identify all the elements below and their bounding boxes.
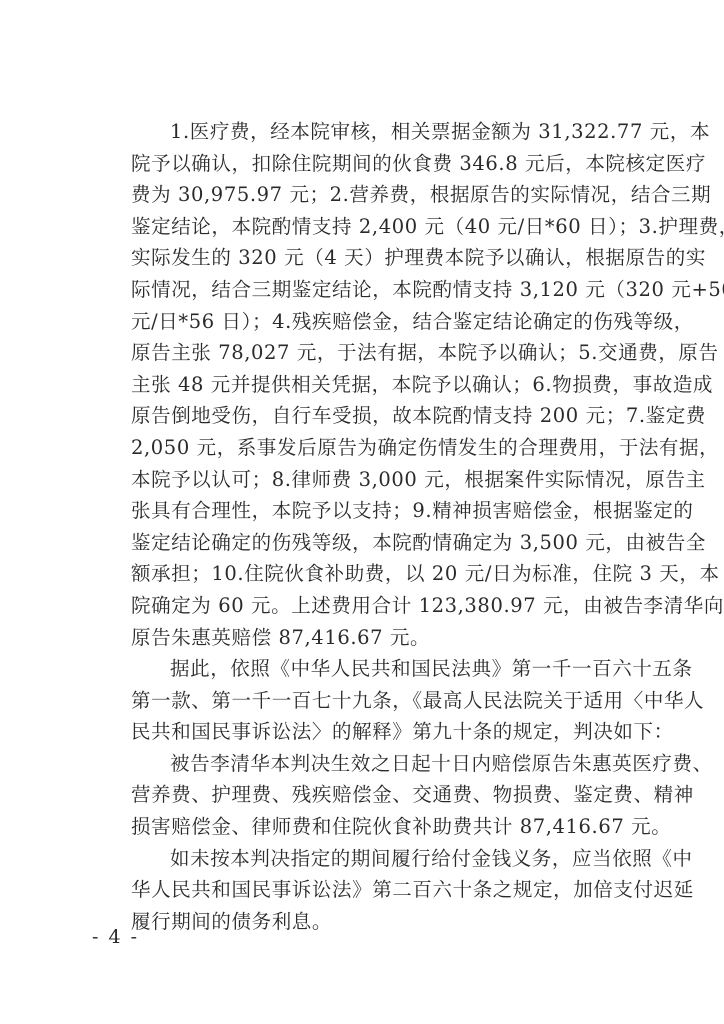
text-line: 如未按本判决指定的期间履行给付金钱义务，应当依照《中 [92, 843, 664, 875]
text-line: 营养费、护理费、残疾赔偿金、交通费、物损费、鉴定费、精神 [92, 779, 664, 811]
text-line: 鉴定结论，本院酌情支持 2,400 元（40 元/日*60 日）；3.护理费， [92, 211, 664, 243]
text-line: 民共和国民事诉讼法〉的解释》第九十条的规定，判决如下： [92, 716, 664, 748]
text-line: 元/日*56 日）；4.残疾赔偿金，结合鉴定结论确定的伤残等级， [92, 306, 664, 338]
text-line: 据此，依照《中华人民共和国民法典》第一千一百六十五条 [92, 653, 664, 685]
page-number: - 4 - [92, 926, 139, 948]
document-page: 1.医疗费，经本院审核，相关票据金额为 31,322.77 元，本 院予以确认，… [92, 116, 664, 937]
paragraph-judgment: 被告李清华本判决生效之日起十日内赔偿原告朱惠英医疗费、 营养费、护理费、残疾赔偿… [92, 748, 664, 843]
text-line: 原告倒地受伤，自行车受损，故本院酌情支持 200 元；7.鉴定费 [92, 400, 664, 432]
text-line: 际情况，结合三期鉴定结论，本院酌情支持 3,120 元（320 元+50 [92, 274, 664, 306]
text-line: 2,050 元，系事发后原告为确定伤情发生的合理费用，于法有据， [92, 432, 664, 464]
paragraph-compensation-items: 1.医疗费，经本院审核，相关票据金额为 31,322.77 元，本 院予以确认，… [92, 116, 664, 653]
text-line: 本院予以认可；8.律师费 3,000 元，根据案件实际情况，原告主 [92, 464, 664, 496]
text-line: 第一款、第一千一百七十九条，《最高人民法院关于适用〈中华人 [92, 685, 664, 717]
text-line: 实际发生的 320 元（4 天）护理费本院予以确认，根据原告的实 [92, 242, 664, 274]
text-line: 院确定为 60 元。上述费用合计 123,380.97 元，由被告李清华向 [92, 590, 664, 622]
text-line: 张具有合理性，本院予以支持；9.精神损害赔偿金，根据鉴定的 [92, 495, 664, 527]
paragraph-late-payment: 如未按本判决指定的期间履行给付金钱义务，应当依照《中 华人民共和国民事诉讼法》第… [92, 843, 664, 938]
text-line: 主张 48 元并提供相关凭据，本院予以确认；6.物损费，事故造成 [92, 369, 664, 401]
paragraph-legal-basis: 据此，依照《中华人民共和国民法典》第一千一百六十五条 第一款、第一千一百七十九条… [92, 653, 664, 748]
text-line: 1.医疗费，经本院审核，相关票据金额为 31,322.77 元，本 [92, 116, 664, 148]
text-line: 被告李清华本判决生效之日起十日内赔偿原告朱惠英医疗费、 [92, 748, 664, 780]
text-line: 原告朱惠英赔偿 87,416.67 元。 [92, 622, 664, 654]
text-line: 损害赔偿金、律师费和住院伙食补助费共计 87,416.67 元。 [92, 811, 664, 843]
text-line: 额承担；10.住院伙食补助费，以 20 元/日为标准，住院 3 天，本 [92, 558, 664, 590]
text-line: 原告主张 78,027 元，于法有据，本院予以确认；5.交通费，原告 [92, 337, 664, 369]
text-line: 华人民共和国民事诉讼法》第二百六十条之规定，加倍支付迟延 [92, 874, 664, 906]
text-line: 履行期间的债务利息。 [92, 906, 664, 938]
text-line: 费为 30,975.97 元；2.营养费，根据原告的实际情况，结合三期 [92, 179, 664, 211]
text-line: 院予以确认，扣除住院期间的伙食费 346.8 元后，本院核定医疗 [92, 148, 664, 180]
text-line: 鉴定结论确定的伤残等级，本院酌情确定为 3,500 元，由被告全 [92, 527, 664, 559]
